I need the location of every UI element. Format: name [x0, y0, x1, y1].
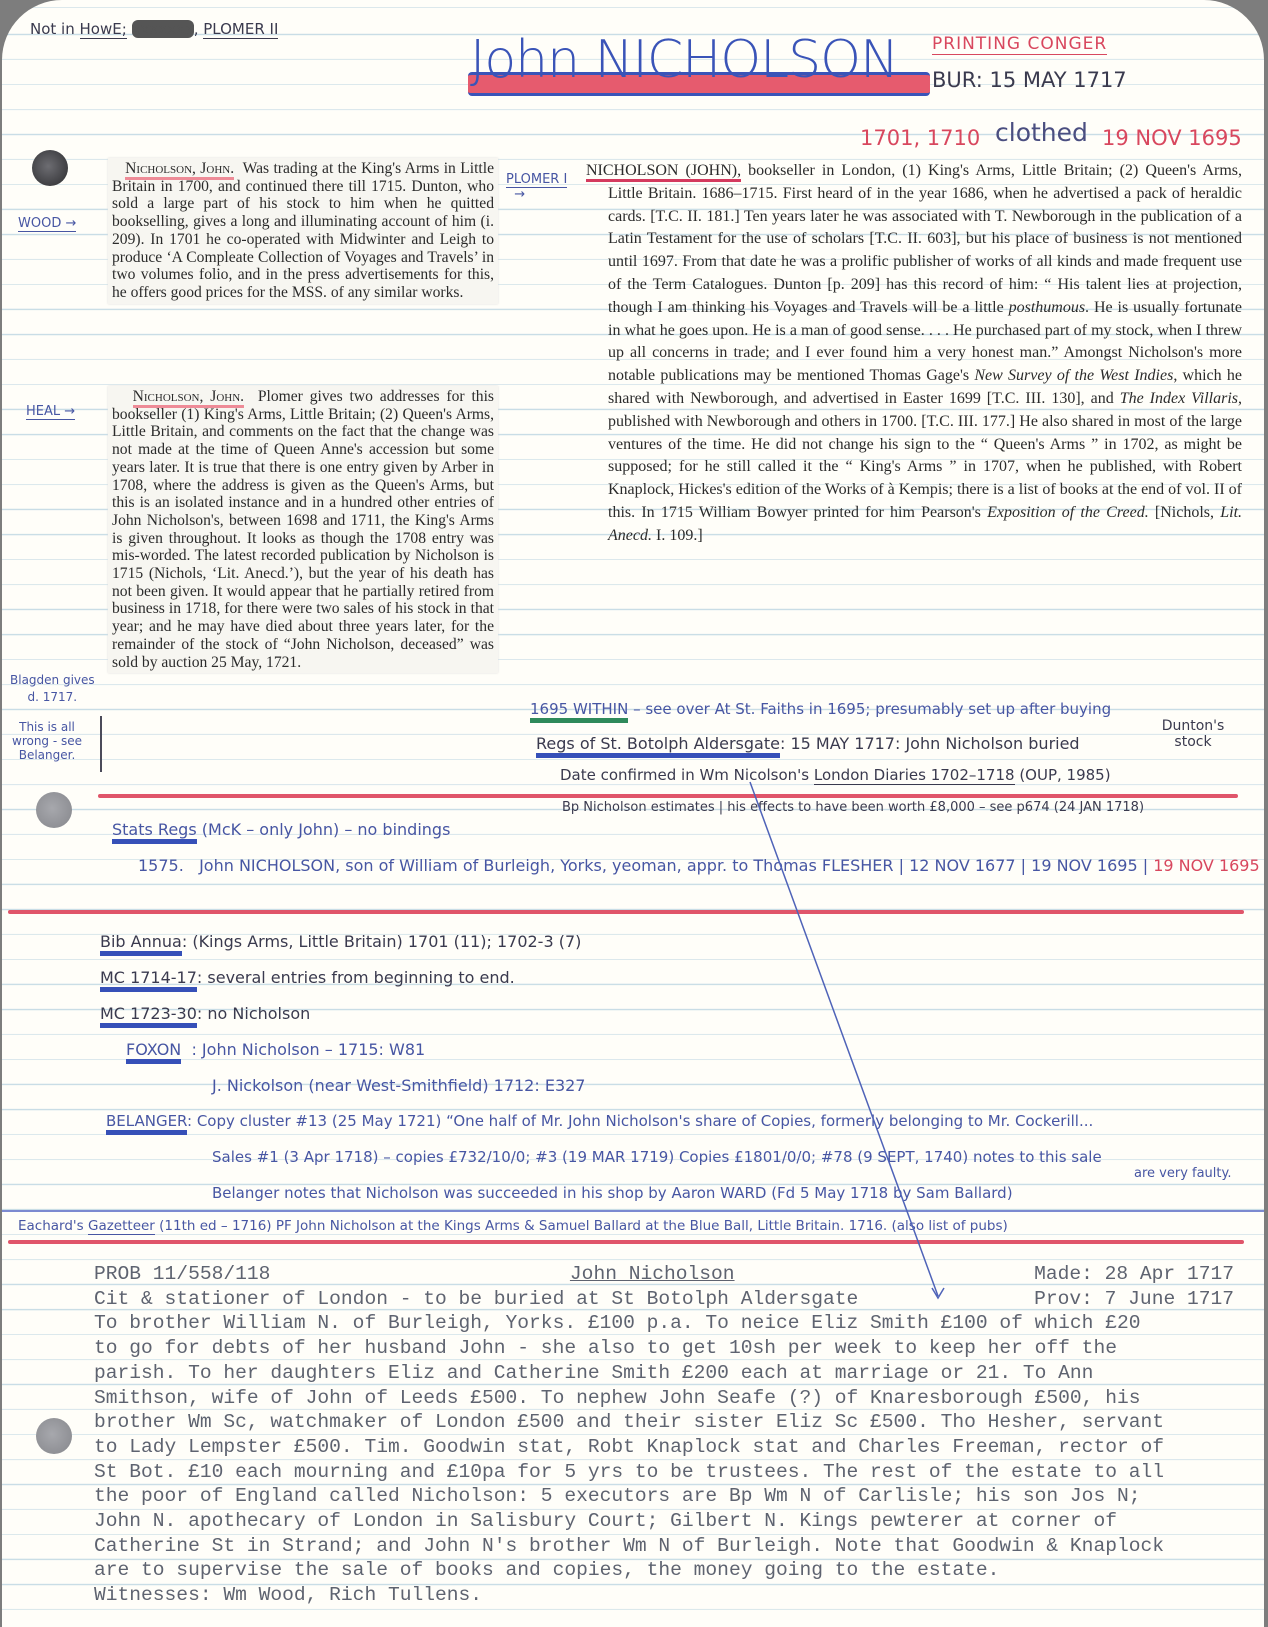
will-name: John Nicholson: [570, 1262, 735, 1287]
will-line: To brother William N. of Burleigh, Yorks…: [94, 1311, 1234, 1336]
will-line: St Bot. £10 each mourning and £10pa for …: [94, 1460, 1234, 1485]
will-witnesses: Witnesses: Wm Wood, Rich Tullens.: [94, 1583, 1234, 1608]
will-line: the poor of England called Nicholson: 5 …: [94, 1484, 1234, 1509]
will-prov-date: Prov: 7 June 1717: [1034, 1287, 1234, 1312]
will-line: Smithson, wife of John of Leeds £500. To…: [94, 1386, 1234, 1411]
will-abstract: PROB 11/558/118 John Nicholson Made: 28 …: [94, 1262, 1234, 1608]
will-line: are to supervise the sale of books and c…: [94, 1558, 1234, 1583]
will-line: John N. apothecary of London in Salisbur…: [94, 1509, 1234, 1534]
will-line: brother Wm Sc, watchmaker of London £500…: [94, 1410, 1234, 1435]
will-line: Cit & stationer of London - to be buried…: [94, 1287, 858, 1312]
will-reference: PROB 11/558/118: [94, 1262, 270, 1287]
will-made-date: Made: 28 Apr 1717: [1034, 1262, 1234, 1287]
will-line: Catherine St in Strand; and John N's bro…: [94, 1534, 1234, 1559]
will-line: parish. To her daughters Eliz and Cather…: [94, 1361, 1234, 1386]
will-line: to Lady Lempster £500. Tim. Goodwin stat…: [94, 1435, 1234, 1460]
notebook-page: Not in HowE; xxxxxxx, PLOMER II John NIC…: [2, 0, 1264, 1627]
will-line: to go for debts of her husband John - sh…: [94, 1336, 1234, 1361]
